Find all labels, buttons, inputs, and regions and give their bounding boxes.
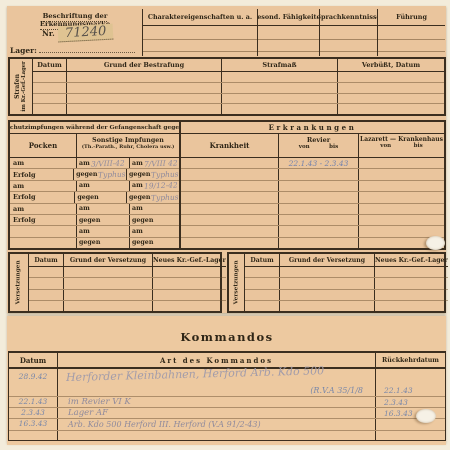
sprachkenntnisse-label: Sprachkenntnisse [320,9,377,26]
kommando-art-note-handwritten: (R.V.A 35/1/8 [310,386,363,395]
revier-dates-handwritten: 22.1.43 - 2.3.43 [289,159,349,168]
impfungen-header-row: Pocken Sonstige Impfungen (Th.-Parath., … [10,134,179,158]
impf-date-handwritten: 19/12-42 [144,181,178,191]
erkrankungen-row [181,204,444,215]
erkrankungen-row [181,192,444,203]
strafen-header-row: Datum Grund der Bestrafung Strafmaß Verb… [33,59,444,72]
versetzungen-empty-row [29,278,226,289]
ruled-line [143,40,257,52]
erkrankungen-row [181,169,444,180]
erkrankungen-row: 22.1.43 - 2.3.43 [181,158,444,169]
ruled-line [378,40,445,52]
kommandos-table: Datum Art des Kommandos Rückkehrdatum 28… [8,351,446,441]
versetzungen-empty-row [245,290,448,301]
hole-punch [426,236,445,250]
versetzungen-empty-row [29,301,226,311]
col-grund-bestrafung: Grund der Bestrafung [66,59,221,71]
strafen-table: Strafen im Kr.-Gef.-Lager Datum Grund de… [8,57,446,116]
fuehrung-label: Führung [378,9,445,26]
erkrankungen-row [181,226,444,237]
kommando-art-handwritten: im Revier VI K [68,397,131,407]
versetzungen-header-row: Datum Grund der Versetzung Neues Kr.-Gef… [245,254,448,267]
kommandos-title: Kommandos [8,330,446,344]
erkrankungen-header-row: Krankheit Revier vonbis Lazarett — Krank… [181,134,444,158]
erkrankungen-title: Erkrankungen [181,122,444,134]
lager-dotted-line [39,45,135,53]
ruled-line [143,26,257,40]
kommando-datum-handwritten: 28.9.42 [19,372,48,381]
impfungen-row: am am [10,226,179,237]
kommando-art-handwritten: Arb. Kdo 500 Herford III. Herford (V.A 9… [68,420,261,429]
col-pocken: Pocken [10,134,76,157]
ruled-line [378,26,445,40]
versetzungen-empty-row [29,290,226,301]
faehigkeiten-label: Besond. Fähigkeiten [258,9,319,26]
impfungen-row: am am am [10,204,179,215]
kommando-rueckkehr-handwritten: 2.3.43 [384,398,408,407]
impf-agent-handwritten: Typhus [151,170,179,180]
strafen-side-label: Strafen im Kr.-Gef.-Lager [10,59,33,114]
ruled-line [258,40,319,52]
impfungen-row: Erfolg gegenTyphus gegenTyphus [10,169,179,180]
strafen-empty-row [33,72,444,83]
impfungen-row: Erfolg gegen gegen [10,215,179,226]
impf-agent-handwritten: Typhus [98,170,126,180]
lager-line: Lager: [10,45,135,55]
erkrankungen-row [181,215,444,226]
top-attribute-columns: Charaktereigenschaften u. a. Besond. Fäh… [142,9,445,56]
sprachkenntnisse-box: Sprachkenntnisse [320,9,378,56]
kommando-rueckkehr-handwritten: 22.1.43 [384,386,413,395]
kommando-empty-row [9,431,445,440]
versetzungen-side-label: Versetzungen [10,254,29,311]
top-header-section: Beschriftung der Erkennungsmarke Nr.7124… [8,9,445,56]
impf-agent-handwritten: Typhus [151,192,179,202]
kommando-art-handwritten: Lager AF [68,408,108,418]
strafen-body: Datum Grund der Bestrafung Strafmaß Verb… [33,59,444,114]
strafen-empty-row [33,83,444,94]
versetzungen-empty-row [29,267,226,278]
charakter-label: Charaktereigenschaften u. a. [143,9,257,26]
impf-date-handwritten: 7/VIII 42 [144,158,178,168]
strafen-empty-row [33,94,444,105]
col-revier: Revier vonbis [278,134,358,157]
erkrankungen-row [181,181,444,192]
faehigkeiten-box: Besond. Fähigkeiten [258,9,320,56]
hole-punch [416,409,436,423]
lager-label: Lager: [10,46,37,55]
nr-value-handwritten: 71240 [57,24,113,43]
kommando-datum-handwritten: 16.3.43 [19,419,48,428]
kommando-datum-handwritten: 2.3.43 [21,408,45,417]
col-sonstige-impfungen: Sonstige Impfungen (Th.-Parath., Ruhr, C… [76,134,179,157]
kommando-row: 28.9.42 Herforder Kleinbahnen, Herford A… [9,369,445,397]
kommando-rueckkehr-handwritten: 16.3.43 [384,409,413,418]
col-strafmass: Strafmaß [221,59,337,71]
impfungen-row: Erfolg gegen gegenTyphus [10,192,179,203]
versetzungen-empty-row [245,267,448,278]
versetzungen-empty-row [245,278,448,289]
col-lazarett: Lazarett — Krankenhaus vonbis [358,134,444,157]
fuehrung-box: Führung [378,9,445,56]
col-datum: Datum [33,59,66,71]
strafen-empty-row [33,104,444,114]
col-verbuesst: Verbüßt, Datum [337,59,444,71]
versetzungen-table-right: Versetzungen Datum Grund der Versetzung … [227,252,446,313]
erkrankungen-row [181,238,444,248]
impfungen-row: am am am19/12-42 [10,181,179,192]
kommando-row: 2.3.43 Lager AF 16.3.43 [9,408,445,419]
impf-date-handwritten: 3/VIII-42 [91,158,125,168]
ruled-line [320,40,377,52]
kommando-datum-handwritten: 22.1.43 [19,397,48,406]
ruled-line [320,26,377,40]
charakter-box: Charaktereigenschaften u. a. [143,9,258,56]
versetzungen-header-row: Datum Grund der Versetzung Neues Kr.-Gef… [29,254,226,267]
kommando-row: 22.1.43 im Revier VI K 2.3.43 [9,397,445,408]
nr-line: Nr.71240 [42,25,113,41]
erkennungsmarke-box: Beschriftung der Erkennungsmarke Nr.7124… [8,9,142,56]
nr-label: Nr. [42,29,55,38]
ruled-line [258,26,319,40]
erkrankungen-table: Erkrankungen Krankheit Revier vonbis Laz… [180,120,446,250]
impfungen-row: am am3/VIII-42 am7/VIII 42 [10,158,179,169]
impfungen-title: Schutzimpfungen während der Gefangenscha… [10,122,179,134]
kommando-row: 16.3.43 Arb. Kdo 500 Herford III. Herfor… [9,419,445,431]
versetzungen-table-left: Versetzungen Datum Grund der Versetzung … [8,252,222,313]
versetzungen-side-label: Versetzungen [229,254,245,311]
impfungen-row: gegen gegen [10,238,179,248]
impfungen-table: Schutzimpfungen während der Gefangenscha… [8,120,180,250]
col-krankheit: Krankheit [181,134,278,157]
versetzungen-empty-row [245,301,448,311]
